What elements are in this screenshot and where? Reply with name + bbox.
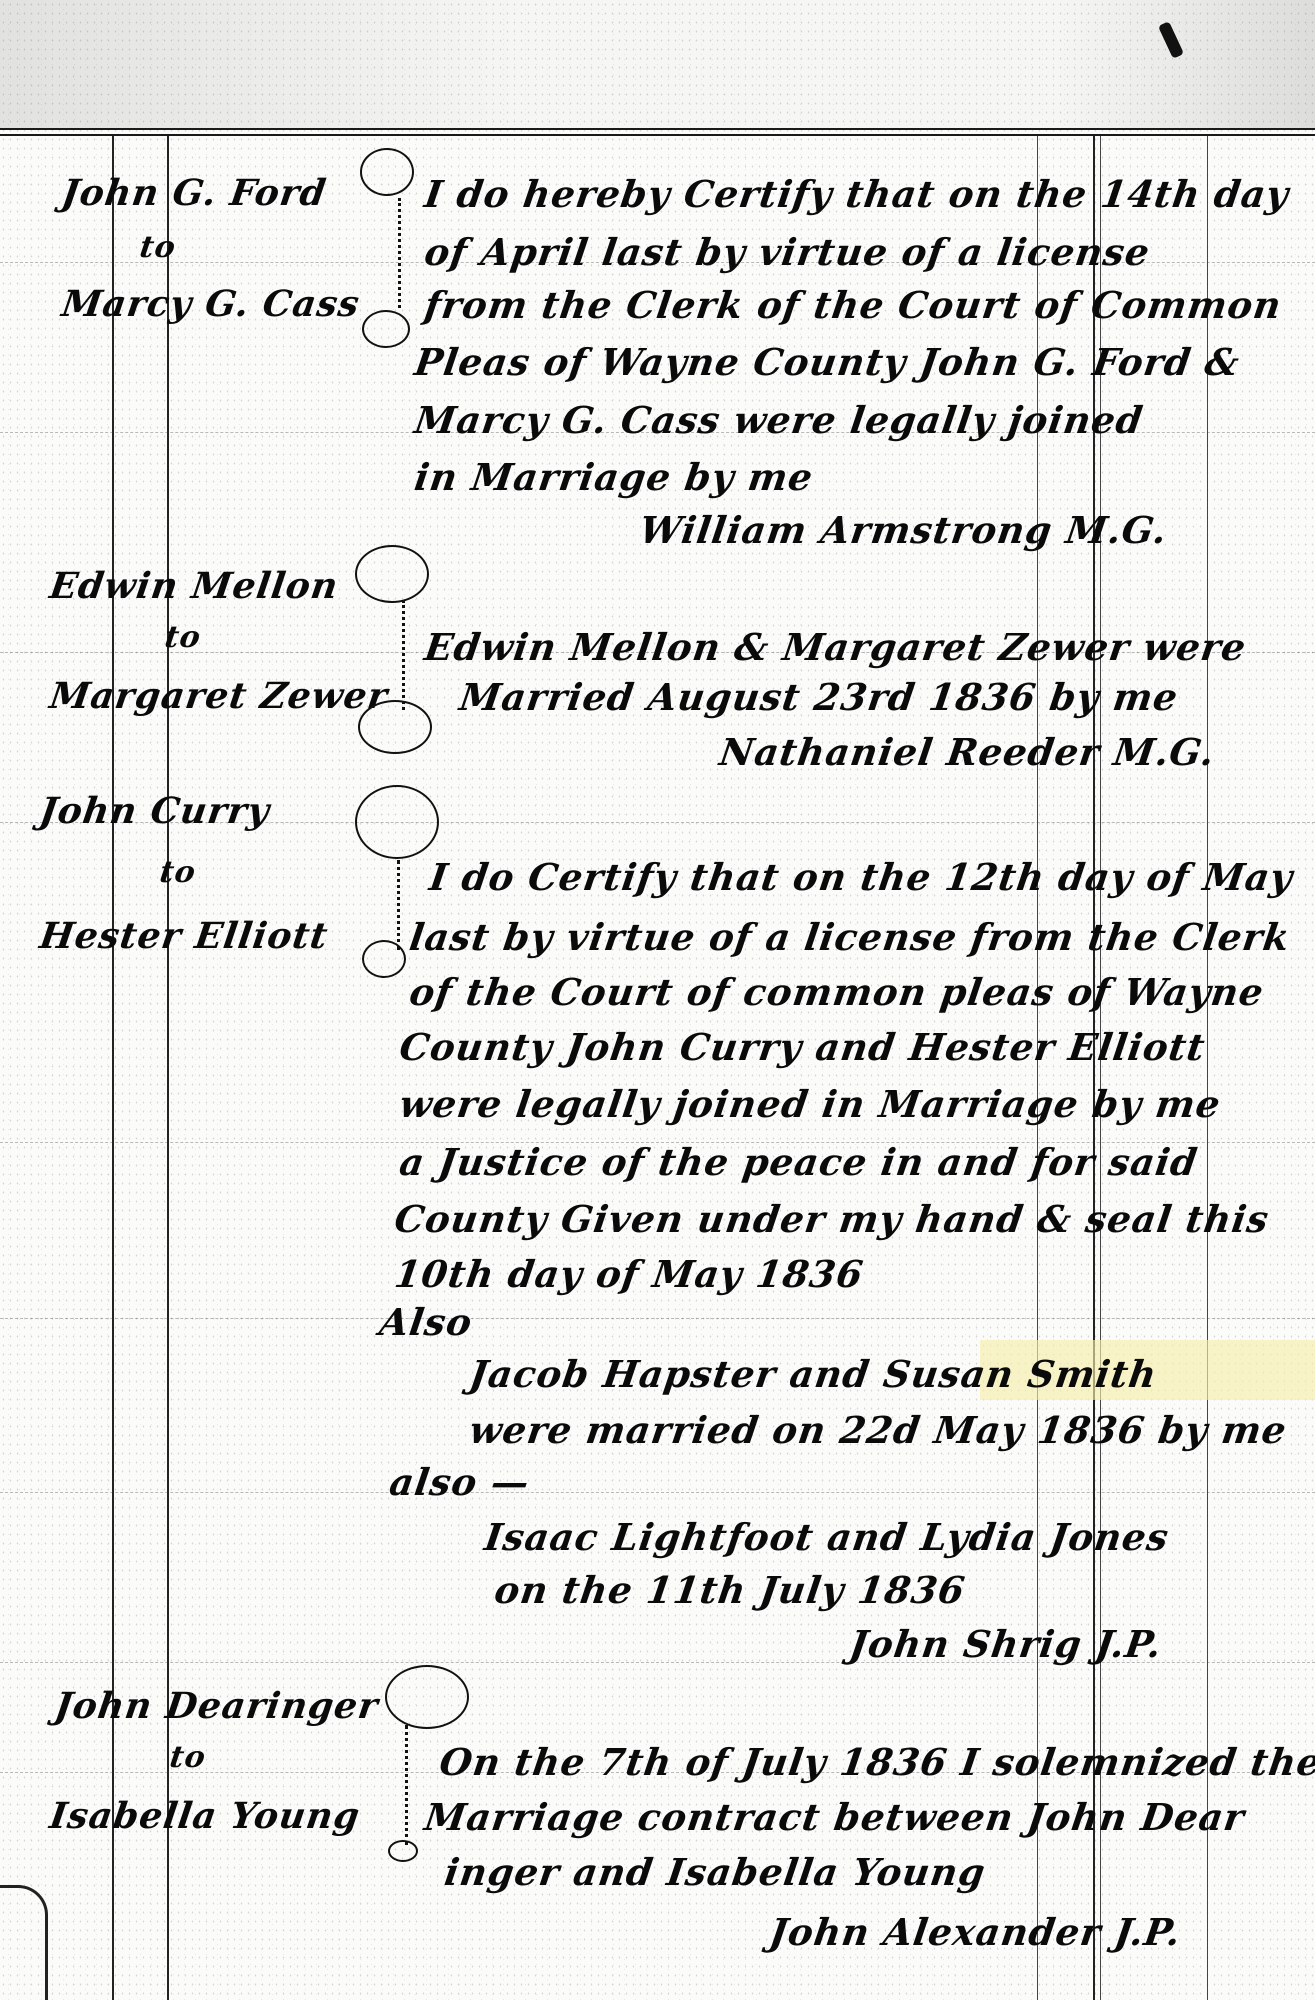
brace-flourish-icon	[362, 310, 410, 348]
entry-text-line: I do hereby Certify that on the 14th day	[422, 172, 1292, 216]
brace-flourish-icon	[360, 148, 414, 196]
connector-to: to	[168, 1740, 209, 1775]
ledger-line	[0, 1318, 1315, 1319]
brace-icon	[398, 198, 425, 308]
entry-text-line: last by virtue of a license from the Cle…	[407, 915, 1293, 959]
column-rule	[1207, 136, 1208, 2000]
bride-name: Margaret Zewer	[47, 675, 391, 717]
entry-text-line: were married on 22d May 1836 by me	[467, 1408, 1290, 1452]
also-label: also —	[387, 1460, 533, 1504]
groom-name: John Curry	[37, 790, 273, 832]
entry-text-line: County Given under my hand & seal this	[392, 1197, 1272, 1241]
officiant-signature: John Alexander J.P.	[767, 1910, 1184, 1954]
brace-flourish-icon	[358, 700, 432, 754]
entry-text-line: Isaac Lightfoot and Lydia Jones	[482, 1515, 1172, 1559]
brace-flourish-icon	[355, 785, 439, 859]
entry-text-line: I do Certify that on the 12th day of May	[427, 855, 1296, 899]
entry-text-line: On the 7th of July 1836 I solemnized the	[437, 1740, 1315, 1784]
entry-text-line: Married August 23rd 1836 by me	[457, 675, 1181, 719]
connector-to: to	[138, 230, 179, 265]
entry-text-line: County John Curry and Hester Elliott	[397, 1025, 1208, 1069]
header-rule-top	[0, 128, 1315, 130]
officiant-signature: William Armstrong M.G.	[637, 508, 1170, 552]
entry-text-line: on the 11th July 1836	[492, 1568, 968, 1612]
groom-name: John G. Ford	[59, 172, 329, 214]
entry-text-line: a Justice of the peace in and for said	[397, 1140, 1201, 1184]
entry-text-line: of April last by virtue of a license	[422, 230, 1153, 274]
entry-text-line: Pleas of Wayne County John G. Ford &	[412, 340, 1243, 384]
entry-text-line: of the Court of common pleas of Wayne	[407, 970, 1267, 1014]
brace-flourish-icon	[355, 545, 429, 603]
brace-flourish-icon	[362, 940, 406, 978]
entry-text-line: were legally joined in Marriage by me	[397, 1082, 1224, 1126]
page-top-margin	[0, 0, 1315, 130]
entry-text-line: 10th day of May 1836	[392, 1252, 867, 1296]
entry-text-line: Jacob Hapster and Susan Smith	[467, 1352, 1160, 1396]
connector-to: to	[158, 855, 199, 890]
entry-text-line: in Marriage by me	[412, 455, 816, 499]
connector-to: to	[163, 620, 204, 655]
groom-name: John Dearinger	[52, 1685, 381, 1727]
entry-text-line: Marriage contract between John Dear	[422, 1795, 1248, 1839]
torn-page-edge	[0, 1885, 48, 2000]
brace-flourish-icon	[385, 1665, 469, 1729]
officiant-signature: Nathaniel Reeder M.G.	[717, 730, 1218, 774]
officiant-signature: John Shrig J.P.	[847, 1622, 1165, 1666]
entry-text-line: inger and Isabella Young	[442, 1850, 989, 1894]
entry-text-line: Edwin Mellon & Margaret Zewer were	[422, 625, 1249, 669]
bride-name: Hester Elliott	[37, 915, 331, 957]
ledger-line	[0, 1492, 1315, 1493]
also-label: Also	[377, 1300, 475, 1344]
bride-name: Isabella Young	[47, 1795, 363, 1837]
entry-text-line: from the Clerk of the Court of Common	[422, 283, 1285, 327]
bride-name: Marcy G. Cass	[59, 283, 362, 325]
brace-flourish-icon	[388, 1840, 418, 1862]
entry-text-line: Marcy G. Cass were legally joined	[412, 398, 1146, 442]
groom-name: Edwin Mellon	[47, 565, 341, 607]
header-rule-bottom	[0, 134, 1315, 136]
